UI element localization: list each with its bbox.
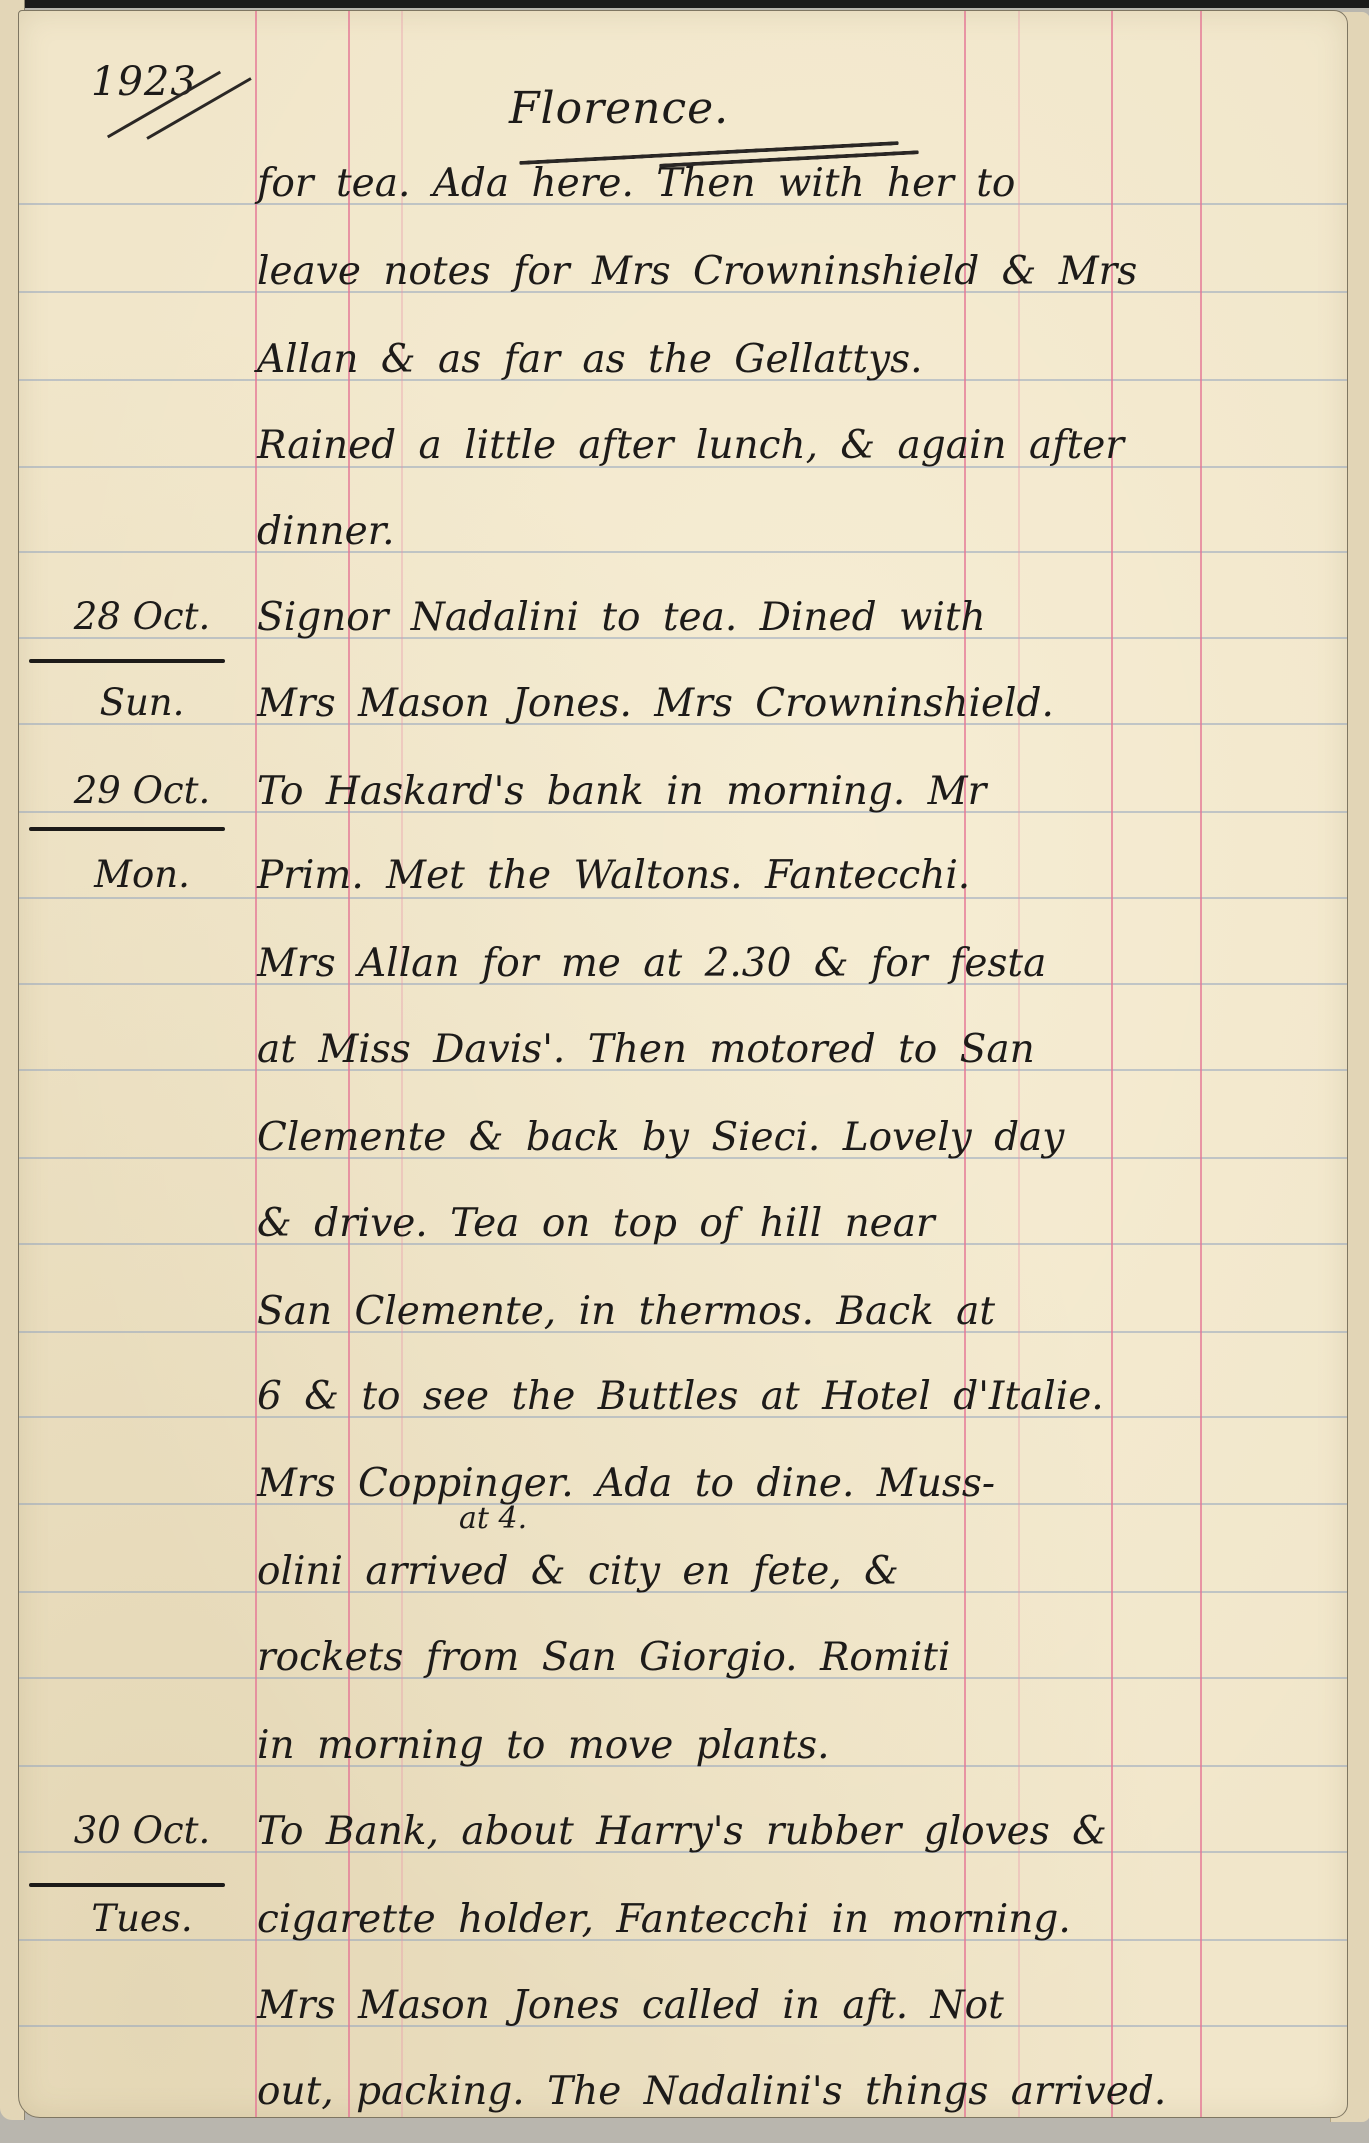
entry-line: San Clemente, in thermos. Back at <box>257 1289 995 1334</box>
entry-line: & drive. Tea on top of hill near <box>257 1201 935 1246</box>
scanned-diary-page: 1923 Florence. for tea. Ada here. Then w… <box>0 0 1369 2143</box>
inserted-annotation: at 4. <box>459 1501 527 1536</box>
entry-line: for tea. Ada here. Then with her to <box>257 161 1015 206</box>
date-underline <box>29 827 225 831</box>
page-title: Florence. <box>509 83 729 134</box>
entry-line: rockets from San Giorgio. Romiti <box>257 1635 950 1680</box>
entry-line: out, packing. The Nadalini's things arri… <box>257 2069 1166 2114</box>
entry-line: at Miss Davis'. Then motored to San <box>257 1027 1035 1072</box>
year-heading: 1923 <box>91 59 197 105</box>
entry-line: Signor Nadalini to tea. Dined with <box>257 595 986 640</box>
entry-date: 30 Oct. <box>47 1809 237 1852</box>
entry-line: Rained a little after lunch, & again aft… <box>257 423 1124 468</box>
column-rule-vertical <box>1111 11 1113 2117</box>
entry-date: 28 Oct. <box>47 595 237 638</box>
entry-line: olini arrived & city en fete, & <box>257 1549 899 1594</box>
entry-line: Prim. Met the Waltons. Fantecchi. <box>257 853 970 898</box>
entry-line: Mrs Mason Jones. Mrs Crowninshield. <box>257 681 1054 726</box>
entry-line: 6 & to see the Buttles at Hotel d'Italie… <box>257 1374 1104 1419</box>
entry-date: 29 Oct. <box>47 769 237 812</box>
entry-line: Allan & as far as the Gellattys. <box>257 337 923 382</box>
entry-line: To Haskard's bank in morning. Mr <box>257 769 986 814</box>
date-underline <box>29 659 225 663</box>
ruling-line <box>19 551 1347 553</box>
entry-line: dinner. <box>257 509 395 554</box>
entry-line: cigarette holder, Fantecchi in morning. <box>257 1897 1071 1942</box>
entry-weekday: Mon. <box>47 853 237 896</box>
entry-line: leave notes for Mrs Crowninshield & Mrs <box>257 249 1137 294</box>
entry-line: Mrs Allan for me at 2.30 & for festa <box>257 941 1046 986</box>
entry-weekday: Tues. <box>47 1897 237 1940</box>
date-underline <box>29 1883 225 1887</box>
entry-line: in morning to move plants. <box>257 1723 830 1768</box>
column-rule-vertical <box>1200 11 1202 2117</box>
entry-line: To Bank, about Harry's rubber gloves & <box>257 1809 1107 1854</box>
entry-weekday: Sun. <box>47 681 237 724</box>
diary-page: 1923 Florence. for tea. Ada here. Then w… <box>18 10 1348 2118</box>
entry-line: Mrs Mason Jones called in aft. Not <box>257 1983 1004 2028</box>
entry-line: Clemente & back by Sieci. Lovely day <box>257 1115 1064 1160</box>
entry-line: Mrs Coppinger. Ada to dine. Muss- <box>257 1461 995 1506</box>
